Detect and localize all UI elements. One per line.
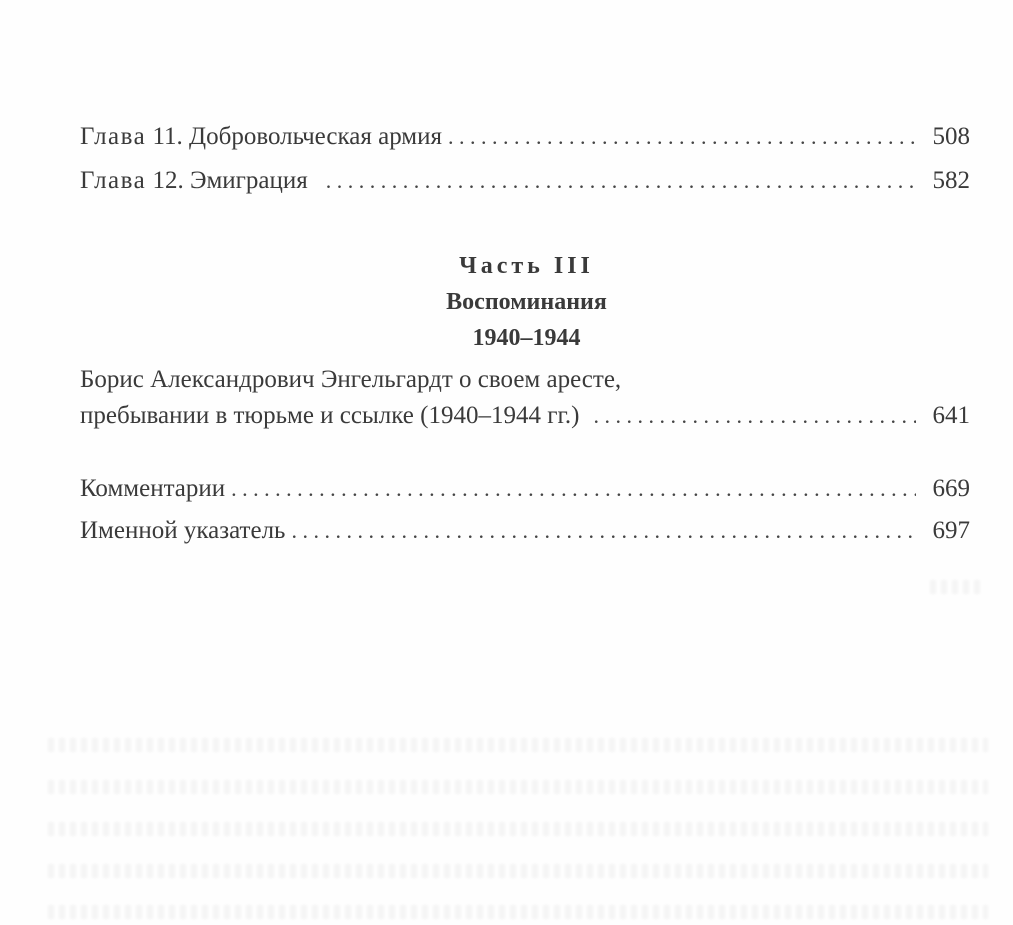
show-through-line [48,738,988,752]
dot-leader [291,516,916,546]
part-title: Воспоминания [0,284,1013,320]
show-through-line [48,822,988,836]
toc-entry-title: Глава 11. Добровольческая армия [80,122,442,152]
toc-entry-name-index: Именной указатель 697 [80,516,970,546]
toc-entry-title-line-2: пребывании в тюрьме и ссылке (1940–1944 … [80,398,579,434]
part-years: 1940–1944 [0,320,1013,356]
toc-page-number: 669 [924,474,970,504]
chapter-prefix: Глава [80,123,146,150]
chapter-prefix: Глава [80,167,146,194]
toc-entry-memoir: Борис Александрович Энгельгардт о своем … [80,362,970,434]
toc-entry-title: Глава 12. Эмиграция [80,166,308,196]
toc-entry-title: Комментарии [80,474,225,504]
toc-entry-line-2: пребывании в тюрьме и ссылке (1940–1944 … [80,398,970,434]
chapter-name: 11. Добровольческая армия [146,123,442,150]
toc-entry-chapter-11: Глава 11. Добровольческая армия 508 [80,122,970,152]
toc-entry-chapter-12: Глава 12. Эмиграция 582 [80,166,970,196]
toc-entry-comments: Комментарии 669 [80,474,970,504]
show-through-line [48,780,988,794]
dot-leader [593,398,916,434]
toc-page-number: 582 [924,166,970,196]
show-through-line [48,905,988,919]
toc-entry-title: Именной указатель [80,516,285,546]
dot-leader [448,122,916,152]
dot-leader [326,166,916,196]
show-through-line [930,580,980,594]
part-label: Часть III [0,248,1013,284]
toc-page-number: 508 [924,122,970,152]
toc-entry-title-line-1: Борис Александрович Энгельгардт о своем … [80,362,970,398]
toc-page-number: 697 [924,516,970,546]
toc-page-number: 641 [924,398,970,434]
book-page: Глава 11. Добровольческая армия 508 Глав… [0,0,1013,925]
dot-leader [231,474,916,504]
part-heading: Часть III Воспоминания 1940–1944 [0,248,1013,356]
chapter-name: 12. Эмиграция [146,167,308,194]
show-through-line [48,864,988,878]
